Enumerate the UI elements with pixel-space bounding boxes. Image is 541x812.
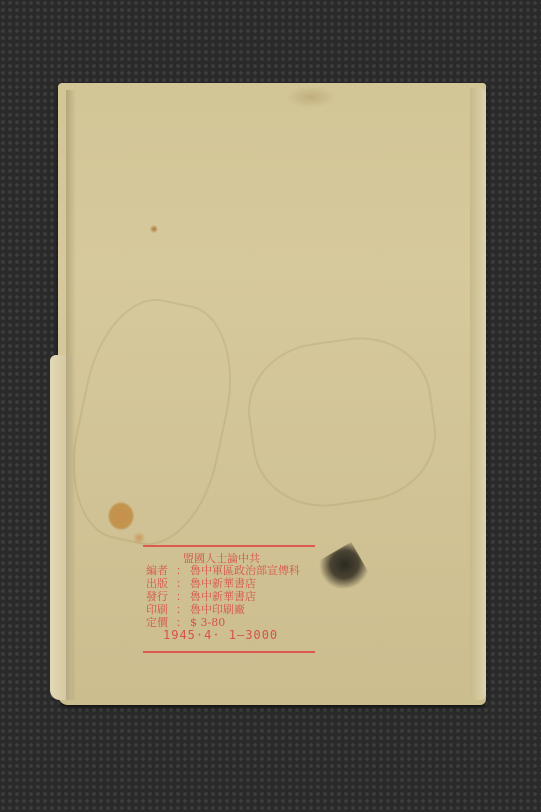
row-value: 魯中新華書店 <box>190 577 256 590</box>
cover-right-edge <box>470 88 486 700</box>
row-colon: ： <box>176 565 190 577</box>
dirt-stain <box>286 86 336 108</box>
spine-shadow <box>66 90 76 700</box>
stamp-bottom-rule <box>143 651 315 653</box>
row-label: 編者 <box>146 565 176 577</box>
rust-stain <box>133 532 145 544</box>
row-label: 出版 <box>146 578 176 590</box>
row-label: 印刷 <box>146 604 176 616</box>
rust-stain <box>108 502 134 530</box>
colophon-row-distributor: 發行：魯中新華書店 <box>146 591 256 603</box>
colophon-stamp: 盟國人士論中共 編者：魯中軍區政治部宣傳科 出版：魯中新華書店 發行：魯中新華書… <box>143 545 315 653</box>
row-colon: ： <box>176 578 190 590</box>
row-value: 魯中印刷廠 <box>190 603 245 616</box>
colophon-date-print-run: 1945·4· 1—3000 <box>163 628 278 642</box>
colophon-row-printer: 印刷：魯中印刷廠 <box>146 604 245 616</box>
row-colon: ： <box>176 604 190 616</box>
row-value: 魯中新華書店 <box>190 590 256 603</box>
row-colon: ： <box>176 591 190 603</box>
row-value: 魯中軍區政治部宣傳科 <box>190 564 300 577</box>
row-label: 發行 <box>146 591 176 603</box>
colophon-row-publisher: 出版：魯中新華書店 <box>146 578 256 590</box>
colophon-row-editor: 編者：魯中軍區政治部宣傳科 <box>146 565 300 577</box>
rust-stain <box>150 225 158 233</box>
stamp-top-rule <box>143 545 315 547</box>
